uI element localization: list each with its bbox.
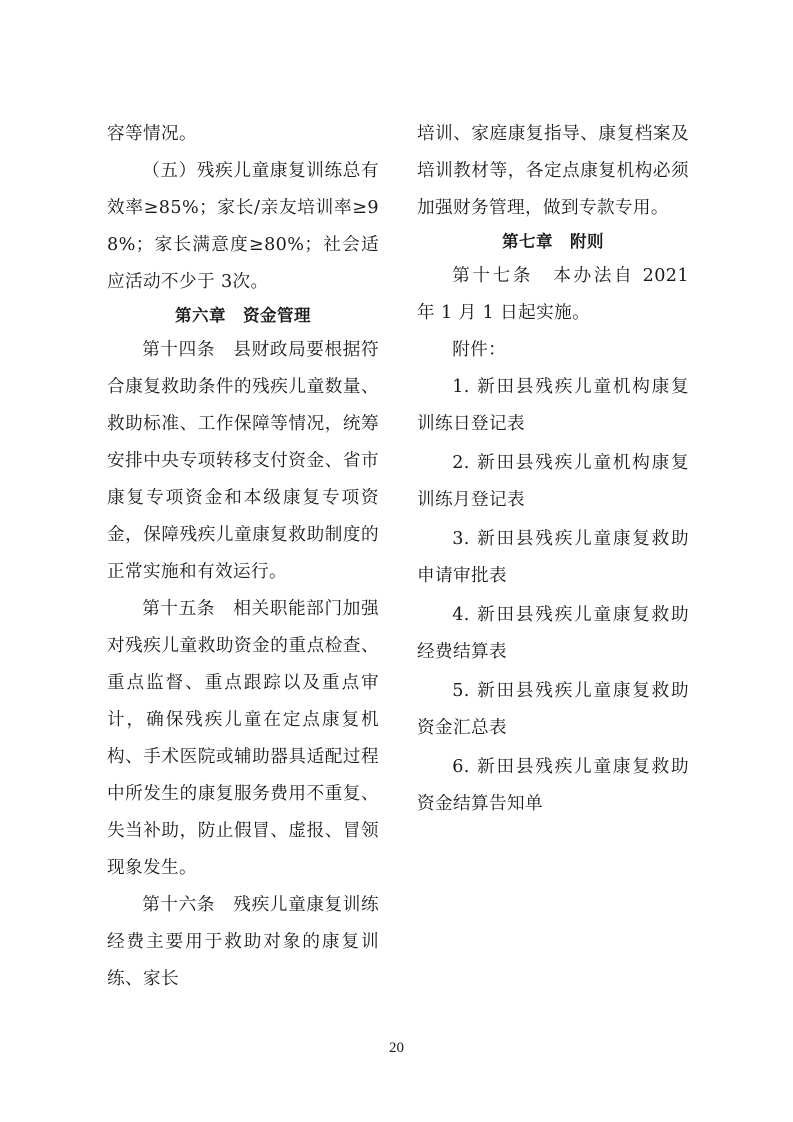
attachment-item: 5. 新田县残疾儿童康复救助资金汇总表 [417, 673, 689, 747]
attachment-item: 1. 新田县残疾儿童机构康复训练日登记表 [417, 369, 689, 443]
attachment-item: 2. 新田县残疾儿童机构康复训练月登记表 [417, 445, 689, 519]
article-16: 第十六条 残疾儿童康复训练经费主要用于救助对象的康复训练、家长 [107, 887, 379, 998]
attachment-item: 3. 新田县残疾儿童康复救助申请审批表 [417, 521, 689, 595]
right-column: 培训、家庭康复指导、康复档案及培训教材等，各定点康复机构必须加强财务管理，做到专… [417, 116, 689, 825]
document-page: 容等情况。 （五）残疾儿童康复训练总有效率≥85%；家长/亲友培训率≥98%；家… [0, 0, 793, 1122]
article-17: 第十七条 本办法自 2021 年 1 月 1 日起实施。 [417, 258, 689, 332]
page-number: 20 [0, 1040, 793, 1057]
chapter-six-heading: 第六章 资金管理 [107, 297, 379, 334]
attachment-item: 4. 新田县残疾儿童康复救助经费结算表 [417, 597, 689, 671]
attachments-label: 附件： [417, 332, 689, 369]
chapter-seven-heading: 第七章 附则 [417, 223, 689, 260]
article-14: 第十四条 县财政局要根据符合康复救助条件的残疾儿童数量、救助标准、工作保障等情况… [107, 332, 379, 591]
attachment-item: 6. 新田县残疾儿童康复救助资金结算告知单 [417, 749, 689, 823]
paragraph-continuation: 容等情况。 [107, 116, 379, 153]
left-column: 容等情况。 （五）残疾儿童康复训练总有效率≥85%；家长/亲友培训率≥98%；家… [107, 116, 379, 998]
article-15: 第十五条 相关职能部门加强对残疾儿童救助资金的重点检查、重点监督、重点跟踪以及重… [107, 591, 379, 887]
article-16-continuation: 培训、家庭康复指导、康复档案及培训教材等，各定点康复机构必须加强财务管理，做到专… [417, 116, 689, 227]
paragraph-item-five: （五）残疾儿童康复训练总有效率≥85%；家长/亲友培训率≥98%；家长满意度≥8… [107, 153, 379, 301]
